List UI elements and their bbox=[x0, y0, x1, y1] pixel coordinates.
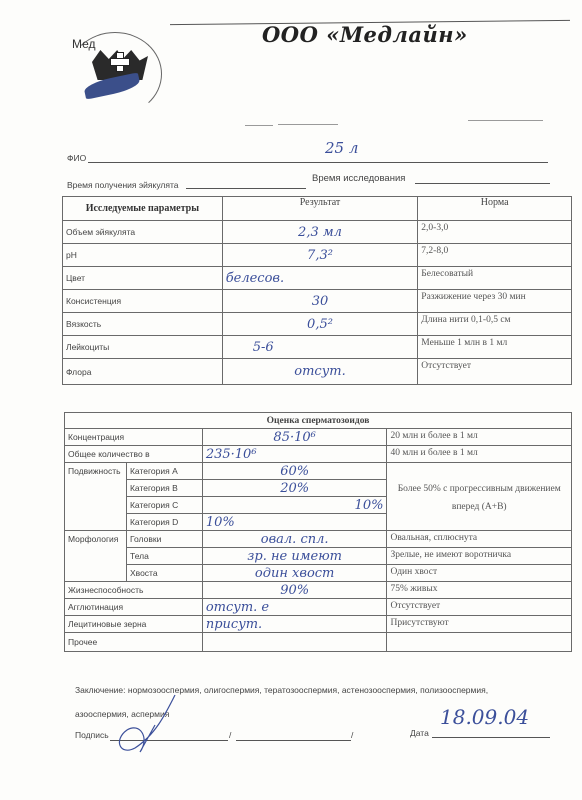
table-row: Подвижность Категория A 60% Более 50% с … bbox=[65, 463, 572, 480]
param-label: Подвижность bbox=[65, 463, 127, 531]
fio-value: 25 л bbox=[325, 139, 358, 157]
company-logo: Мед bbox=[62, 30, 162, 100]
param-label: Прочее bbox=[65, 633, 203, 652]
table-row: Агглютинация отсут. е Отсутствует bbox=[65, 599, 572, 616]
result-value: 85·10⁶ bbox=[273, 430, 315, 445]
result-cell[interactable]: отсут. е bbox=[202, 599, 387, 616]
result-value: зр. не имеют bbox=[247, 549, 342, 564]
param-label: Морфология bbox=[65, 531, 127, 582]
result-value: 2,3 мл bbox=[298, 225, 342, 240]
sub-param-label: Категория B bbox=[126, 480, 202, 497]
result-cell[interactable]: 10% bbox=[202, 497, 387, 514]
table-row: Вязкость 0,5² Длина нити 0,1-0,5 см bbox=[63, 313, 572, 336]
norm-value: Овальная, сплюснута bbox=[387, 531, 572, 548]
handwritten-signature-icon bbox=[95, 690, 205, 760]
collection-time-label: Время получения эйякулята bbox=[67, 180, 179, 190]
norm-value: Отсутствует bbox=[418, 359, 572, 385]
result-cell[interactable]: 235·10⁶ bbox=[202, 446, 387, 463]
result-cell[interactable]: 10% bbox=[202, 514, 387, 531]
table-row: Жизнеспособность 90% 75% живых bbox=[65, 582, 572, 599]
header-line bbox=[245, 125, 273, 126]
signature-separator: / bbox=[351, 730, 353, 740]
header-line bbox=[468, 120, 543, 121]
result-cell[interactable]: 20% bbox=[202, 480, 387, 497]
result-cell[interactable] bbox=[202, 633, 387, 652]
medical-cross-icon bbox=[110, 52, 128, 70]
table-row: Лейкоциты 5-6 Меньше 1 млн в 1 мл bbox=[63, 336, 572, 359]
norm-value bbox=[387, 633, 572, 652]
result-value: 20% bbox=[280, 481, 309, 496]
sperm-evaluation-table: Оценка сперматозоидов Концентрация 85·10… bbox=[64, 412, 572, 652]
param-label: Лецитиновые зерна bbox=[65, 616, 203, 633]
result-value: отсут. е bbox=[206, 600, 269, 615]
sub-param-label: Головки bbox=[126, 531, 202, 548]
table-row: Тела зр. не имеют Зрелые, не имеют ворот… bbox=[65, 548, 572, 565]
result-cell[interactable]: 0,5² bbox=[222, 313, 418, 336]
signature-name-field[interactable] bbox=[236, 740, 351, 741]
result-value: 0,5² bbox=[307, 317, 333, 332]
table-row: Морфология Головки овал. спл. Овальная, … bbox=[65, 531, 572, 548]
company-name: ООО «Медлайн» bbox=[262, 22, 468, 47]
signature-separator: / bbox=[229, 730, 231, 740]
result-cell[interactable]: 85·10⁶ bbox=[202, 429, 387, 446]
param-label: Жизнеспособность bbox=[65, 582, 203, 599]
sub-param-label: Категория D bbox=[126, 514, 202, 531]
sub-param-label: Категория C bbox=[126, 497, 202, 514]
result-value: присут. bbox=[206, 617, 262, 632]
result-cell[interactable]: 90% bbox=[202, 582, 387, 599]
table-row: Лецитиновые зерна присут. Присутствуют bbox=[65, 616, 572, 633]
table-row: Хвоста один хвост Один хвост bbox=[65, 565, 572, 582]
logo-text: Мед bbox=[72, 37, 96, 51]
norm-value: Зрелые, не имеют воротничка bbox=[387, 548, 572, 565]
result-value: 90% bbox=[280, 583, 309, 598]
result-cell[interactable]: один хвост bbox=[202, 565, 387, 582]
collection-time-field[interactable] bbox=[186, 188, 306, 189]
result-value: 30 bbox=[312, 294, 329, 309]
result-value: 10% bbox=[206, 515, 235, 530]
result-cell[interactable]: зр. не имеют bbox=[202, 548, 387, 565]
result-cell[interactable]: отсут. bbox=[222, 359, 418, 385]
norm-value: 75% живых bbox=[387, 582, 572, 599]
table-row: Цвет белесов. Белесоватый bbox=[63, 267, 572, 290]
norm-value: 20 млн и более в 1 мл bbox=[387, 429, 572, 446]
result-value: отсут. bbox=[294, 364, 345, 379]
norm-value: Отсутствует bbox=[387, 599, 572, 616]
table-row: Объем эйякулята 2,3 мл 2,0-3,0 bbox=[63, 221, 572, 244]
param-label: Общее количество в bbox=[65, 446, 203, 463]
fio-field[interactable] bbox=[88, 162, 548, 163]
norm-value: Белесоватый bbox=[418, 267, 572, 290]
table-row: Консистенция 30 Разжижение через 30 мин bbox=[63, 290, 572, 313]
result-value: белесов. bbox=[226, 271, 284, 286]
header-line bbox=[278, 124, 338, 125]
result-cell[interactable]: белесов. bbox=[222, 267, 418, 290]
result-cell[interactable]: 60% bbox=[202, 463, 387, 480]
norm-value: 40 млн и более в 1 мл bbox=[387, 446, 572, 463]
column-header: Исследуемые параметры bbox=[63, 197, 223, 221]
table-row: pH 7,3² 7,2-8,0 bbox=[63, 244, 572, 267]
param-label: Лейкоциты bbox=[63, 336, 223, 359]
sub-param-label: Хвоста bbox=[126, 565, 202, 582]
result-value: 60% bbox=[280, 464, 309, 479]
result-value: один хвост bbox=[255, 566, 334, 581]
result-value: овал. спл. bbox=[261, 532, 329, 547]
column-header: Результат bbox=[222, 197, 418, 221]
result-cell[interactable]: 30 bbox=[222, 290, 418, 313]
norm-value: Присутствуют bbox=[387, 616, 572, 633]
result-value: 10% bbox=[355, 498, 384, 513]
table-title: Оценка сперматозоидов bbox=[65, 413, 572, 429]
norm-value: Один хвост bbox=[387, 565, 572, 582]
norm-value: Меньше 1 млн в 1 мл bbox=[418, 336, 572, 359]
table-row: Общее количество в 235·10⁶ 40 млн и боле… bbox=[65, 446, 572, 463]
result-value: 5-6 bbox=[253, 340, 274, 355]
date-label: Дата bbox=[410, 728, 429, 738]
table-row: Концентрация 85·10⁶ 20 млн и более в 1 м… bbox=[65, 429, 572, 446]
param-label: pH bbox=[63, 244, 223, 267]
table-row: Прочее bbox=[65, 633, 572, 652]
result-value: 7,3² bbox=[307, 248, 333, 263]
param-label: Флора bbox=[63, 359, 223, 385]
norm-value: Разжижение через 30 мин bbox=[418, 290, 572, 313]
norm-value: Более 50% с прогрессивным движением впер… bbox=[387, 463, 572, 531]
result-cell[interactable]: 5-6 bbox=[222, 336, 418, 359]
result-value: 235·10⁶ bbox=[206, 447, 257, 462]
study-time-label: Время исследования bbox=[312, 173, 405, 184]
sub-param-label: Категория A bbox=[126, 463, 202, 480]
sub-param-label: Тела bbox=[126, 548, 202, 565]
result-cell[interactable]: 7,3² bbox=[222, 244, 418, 267]
param-label: Агглютинация bbox=[65, 599, 203, 616]
column-header: Норма bbox=[418, 197, 572, 221]
result-cell[interactable]: 2,3 мл bbox=[222, 221, 418, 244]
table-header-row: Исследуемые параметры Результат Норма bbox=[63, 197, 572, 221]
norm-value: Длина нити 0,1-0,5 см bbox=[418, 313, 572, 336]
date-field[interactable] bbox=[432, 737, 550, 738]
basic-parameters-table: Исследуемые параметры Результат Норма Об… bbox=[62, 196, 572, 385]
param-label: Консистенция bbox=[63, 290, 223, 313]
param-label: Вязкость bbox=[63, 313, 223, 336]
param-label: Концентрация bbox=[65, 429, 203, 446]
study-time-field[interactable] bbox=[415, 183, 550, 184]
table-title-row: Оценка сперматозоидов bbox=[65, 413, 572, 429]
fio-label: ФИО bbox=[67, 153, 86, 163]
result-cell[interactable]: присут. bbox=[202, 616, 387, 633]
param-label: Объем эйякулята bbox=[63, 221, 223, 244]
norm-value: 2,0-3,0 bbox=[418, 221, 572, 244]
result-cell[interactable]: овал. спл. bbox=[202, 531, 387, 548]
param-label: Цвет bbox=[63, 267, 223, 290]
table-row: Флора отсут. Отсутствует bbox=[63, 359, 572, 385]
norm-value: 7,2-8,0 bbox=[418, 244, 572, 267]
date-value: 18.09.04 bbox=[440, 705, 529, 729]
